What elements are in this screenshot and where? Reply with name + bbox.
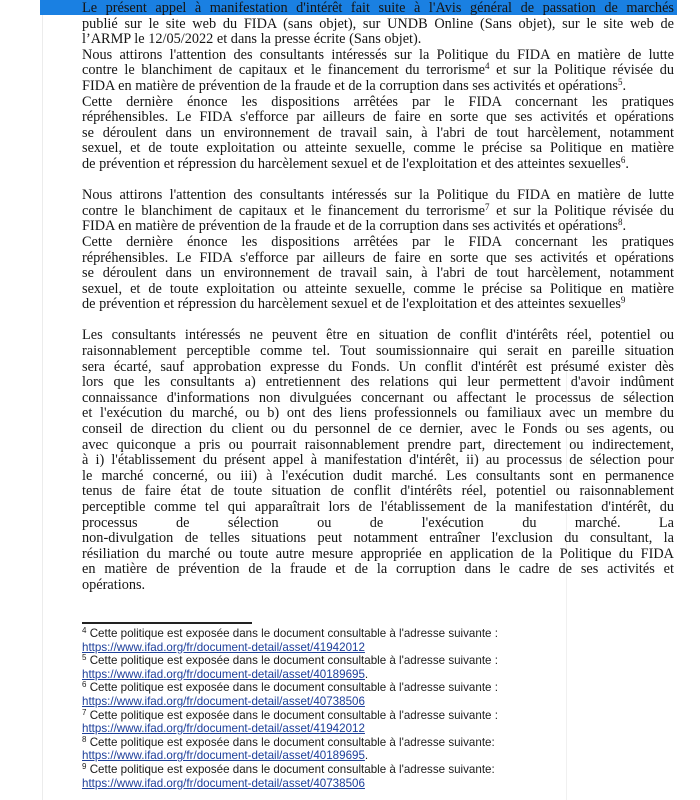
footnote-number: 9 [82,762,86,771]
text-fragment: . [625,156,629,172]
footnote-text-line: 5 Cette politique est exposée dans le do… [82,654,582,668]
paragraph-politique-fida-1: Nous attirons l'attention des consultant… [82,48,674,173]
text-line: contre le blanchiment de capitaux et le … [82,63,674,79]
text-line: Le présent appel à manifestation d'intér… [82,1,674,17]
text-line: contre le blanchiment de capitaux et le … [82,204,674,220]
footnote-text-line: 7 Cette politique est exposée dans le do… [82,709,582,723]
text-line: avec quiconque a pris ou pourrait raison… [82,438,674,454]
footnote-text: Cette politique est exposée dans le docu… [90,681,498,694]
footnote-link-line: https://www.ifad.org/fr/document-detail/… [82,668,582,682]
text-line: raisonnablement perceptible comme tel. T… [82,344,674,360]
text-line: publié sur le site web du FIDA (sans obj… [82,17,674,33]
text-line: se déroulent dans un environnement de tr… [82,126,674,142]
paragraph-conflit-interets: Les consultants intéressés ne peuvent êt… [82,328,674,593]
footnote-link[interactable]: https://www.ifad.org/fr/document-detail/… [82,695,365,708]
footnote-link[interactable]: https://www.ifad.org/fr/document-detail/… [82,641,365,654]
text-line: Nous attirons l'attention des consultant… [82,188,674,204]
footnote-link[interactable]: https://www.ifad.org/fr/document-detail/… [82,722,365,735]
text-line: tenus de faire état de toute situation d… [82,484,674,500]
text-line: sera écarté, sauf approbation expresse d… [82,360,674,376]
text-fragment: contre le blanchiment de capitaux et le … [82,62,485,78]
text-line: sexuel, et de toute exploitation ou atte… [82,282,674,298]
document-body: Le présent appel à manifestation d'intér… [82,1,674,594]
text-line: FIDA en matière de prévention de la frau… [82,219,674,235]
footnote-6: 6 Cette politique est exposée dans le do… [82,681,582,708]
footnote-7: 7 Cette politique est exposée dans le do… [82,709,582,736]
text-fragment: de prévention et répression du harcèleme… [82,296,621,312]
footnote-link-line: https://www.ifad.org/fr/document-detail/… [82,777,582,791]
footnote-text-line: 6 Cette politique est exposée dans le do… [82,681,582,695]
text-line: l’ARMP le 12/05/2022 et dans la presse é… [82,32,674,48]
footnote-link-line: https://www.ifad.org/fr/document-detail/… [82,722,582,736]
footnote-link-line: https://www.ifad.org/fr/document-detail/… [82,641,582,655]
footnote-9: 9 Cette politique est exposée dans le do… [82,763,582,790]
footnote-number: 6 [82,680,86,689]
footnote-trailing: . [365,668,368,681]
paragraph-politique-fida-2: Nous attirons l'attention des consultant… [82,188,674,313]
text-line: et l'exécution du marché, ou b) ont des … [82,406,674,422]
paragraph-gap [82,173,674,189]
text-fragment: et sur la Politique révisée du [496,62,674,78]
text-line: de prévention et répression du harcèleme… [82,297,674,313]
page-edge-left [42,0,43,800]
footnote-text-line: 9 Cette politique est exposée dans le do… [82,763,582,777]
footnote-ref[interactable]: 4 [485,61,490,71]
footnote-text: Cette politique est exposée dans le docu… [90,654,498,667]
text-line: à i) l'établissement du présent appel à … [82,453,674,469]
footnote-link-line: https://www.ifad.org/fr/document-detail/… [82,695,582,709]
text-fragment: FIDA en matière de prévention de la frau… [82,78,618,94]
text-line: conseil de direction du client ou du per… [82,422,674,438]
paragraph-avis-general: Le présent appel à manifestation d'intér… [82,1,674,48]
footnote-text: Cette politique est exposée dans le docu… [90,627,498,640]
footnote-trailing: . [365,749,368,762]
text-line: le marché concerné, ou iii) à l'exécutio… [82,469,674,485]
text-line: Les consultants intéressés ne peuvent êt… [82,328,674,344]
footnote-text: Cette politique est exposée dans le docu… [90,709,498,722]
footnote-number: 4 [82,626,86,635]
footnote-text: Cette politique est exposée dans le docu… [90,736,495,749]
text-line: non-divulgation de telles situations peu… [82,531,674,547]
text-line: lors que les consultants a) entretiennen… [82,375,674,391]
text-fragment: . [622,78,626,94]
text-fragment: contre le blanchiment de capitaux et le … [82,203,485,219]
text-line: sexuel, et de toute exploitation ou atte… [82,141,674,157]
footnote-5: 5 Cette politique est exposée dans le do… [82,654,582,681]
text-fragment: . [622,218,626,234]
text-line: FIDA en matière de prévention de la frau… [82,79,674,95]
text-line: résiliation du marché ou toute autre mes… [82,547,674,563]
text-line: répréhensibles. Le FIDA s'efforce par ai… [82,251,674,267]
footnote-text-line: 4 Cette politique est exposée dans le do… [82,627,582,641]
footnote-text: Cette politique est exposée dans le docu… [90,763,495,776]
footnote-number: 7 [82,708,86,717]
text-line: se déroulent dans un environnement de tr… [82,266,674,282]
text-fragment: FIDA en matière de prévention de la frau… [82,218,618,234]
footnote-ref[interactable]: 9 [621,295,626,305]
footnote-number: 5 [82,653,86,662]
footnote-4: 4 Cette politique est exposée dans le do… [82,627,582,654]
footnote-8: 8 Cette politique est exposée dans le do… [82,736,582,763]
footnotes: 4 Cette politique est exposée dans le do… [82,627,582,790]
footnote-ref[interactable]: 7 [485,202,490,212]
text-line: connaissance d'informations non divulgué… [82,391,674,407]
footnote-link[interactable]: https://www.ifad.org/fr/document-detail/… [82,749,365,762]
footnote-link[interactable]: https://www.ifad.org/fr/document-detail/… [82,668,365,681]
footnote-link-line: https://www.ifad.org/fr/document-detail/… [82,749,582,763]
text-line: Cette dernière énonce les dispositions a… [82,235,674,251]
footnote-link[interactable]: https://www.ifad.org/fr/document-detail/… [82,777,365,790]
footnote-number: 8 [82,735,86,744]
text-line: Cette dernière énonce les dispositions a… [82,95,674,111]
text-fragment: et sur la Politique révisée du [496,203,674,219]
text-line: en matière de prévention de la fraude et… [82,562,674,578]
paragraph-gap [82,313,674,329]
text-line: opérations. [82,578,674,594]
text-line: répréhensibles. Le FIDA s'efforce par ai… [82,110,674,126]
footnote-text-line: 8 Cette politique est exposée dans le do… [82,736,582,750]
footnote-separator [82,622,252,624]
text-line: processus de sélection ou de l'exécution… [82,516,674,532]
text-line: perceptible comme tel qui apparaîtrait l… [82,500,674,516]
text-line: de prévention et répression du harcèleme… [82,157,674,173]
text-fragment: de prévention et répression du harcèleme… [82,156,621,172]
